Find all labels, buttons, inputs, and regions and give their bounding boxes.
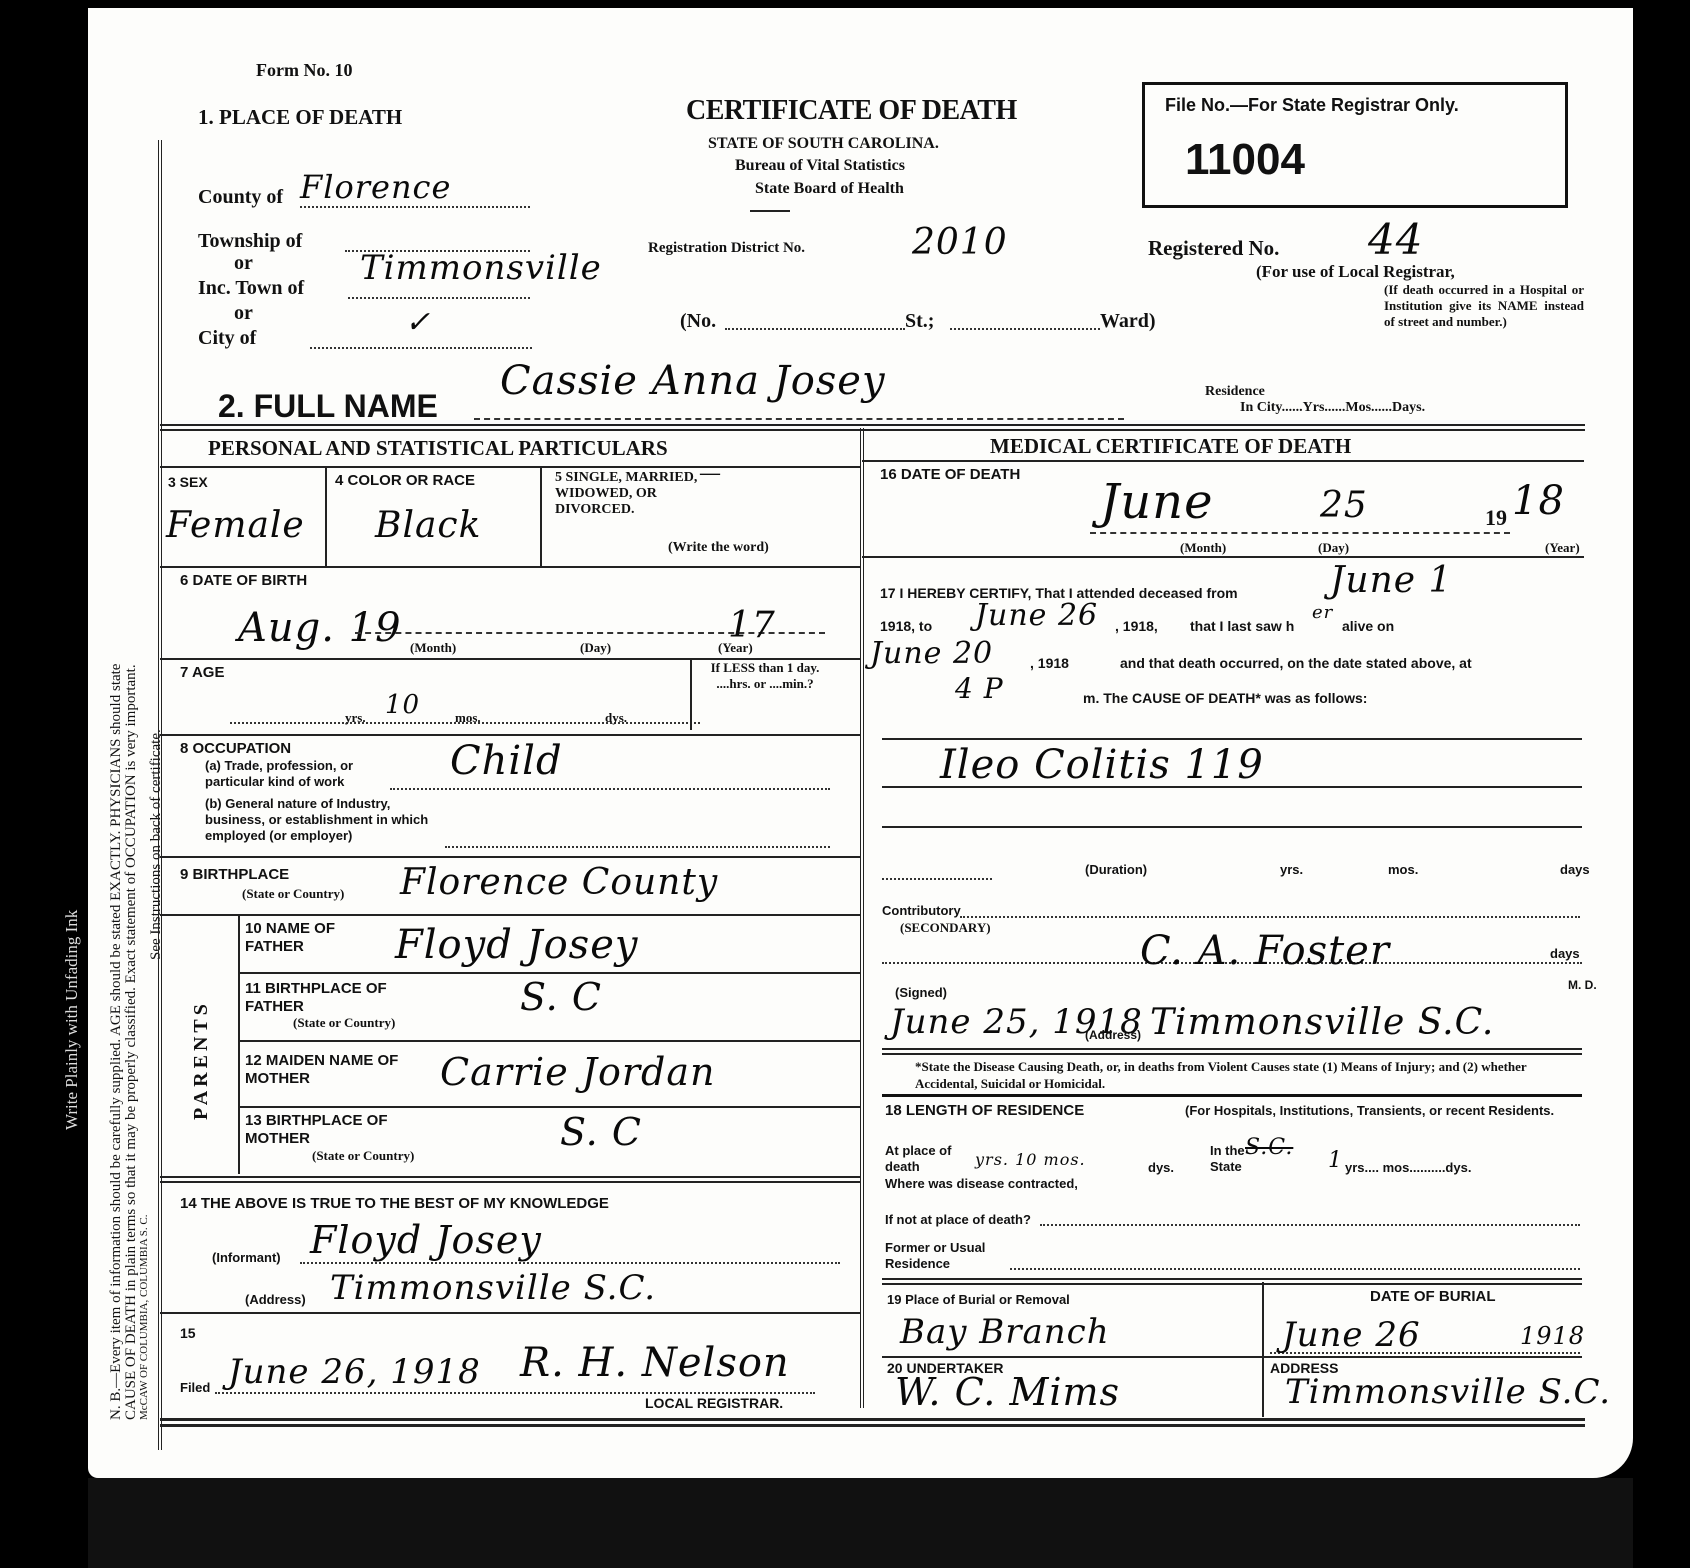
death-year-prefix: 19	[1485, 505, 1507, 531]
cause-of-death-label: m. The CAUSE OF DEATH* was as follows:	[1083, 690, 1367, 706]
in-state-years: 1	[1328, 1148, 1343, 1173]
last-saw-text: that I last saw h	[1190, 618, 1294, 634]
mother-birthplace-value: S. C	[560, 1110, 642, 1154]
inc-town-value: Timmonsville	[360, 248, 602, 288]
father-birthplace-label: 11 BIRTHPLACE OF FATHER	[245, 980, 405, 1016]
residence-length-label: 18 LENGTH OF RESIDENCE	[885, 1102, 1084, 1119]
informant-address-value: Timmonsville S.C.	[330, 1268, 656, 1308]
inc-town-label: Inc. Town of	[198, 277, 304, 300]
death-day: 25	[1320, 485, 1368, 526]
attended-to: June 26	[975, 598, 1098, 633]
death-month: June	[1100, 474, 1213, 530]
personal-section-title: PERSONAL AND STATISTICAL PARTICULARS	[208, 436, 668, 461]
ward-label: Ward)	[1100, 310, 1156, 333]
day-label: (Day)	[580, 640, 611, 656]
occupation-value: Child	[450, 738, 563, 784]
at-place-dys: dys.	[1148, 1160, 1174, 1175]
margin-printer: McCAW OF COLUMBIA, COLUMBIA S. C.	[138, 1215, 150, 1421]
file-number: 11004	[1185, 135, 1305, 185]
birthplace-sub: (State or Country)	[242, 886, 344, 902]
local-registrar-note: (For use of Local Registrar,	[1256, 262, 1455, 282]
contributory-label: Contributory	[882, 903, 961, 918]
informant-address-label: (Address)	[245, 1292, 306, 1307]
full-name-label: 2. FULL NAME	[218, 388, 438, 425]
dob-month-day: Aug. 19	[238, 605, 402, 651]
file-box-label: File No.—For State Registrar Only.	[1165, 95, 1459, 116]
last-alive-date: June 20	[870, 636, 993, 671]
age-dys-label: dys.	[605, 710, 627, 726]
duration-yrs: yrs.	[1280, 862, 1303, 877]
residence-label: Residence	[1205, 384, 1265, 400]
father-name-value: Floyd Josey	[395, 922, 638, 968]
attended-to-year: , 1918,	[1115, 618, 1158, 634]
secondary-label: (SECONDARY)	[900, 920, 991, 936]
burial-date-value: June 26	[1282, 1315, 1421, 1355]
at-place-label: At place of death	[885, 1143, 965, 1175]
form-number: Form No. 10	[256, 60, 352, 81]
informant-statement: 14 THE ABOVE IS TRUE TO THE BEST OF MY K…	[180, 1195, 609, 1212]
burial-year-value: 1918	[1520, 1322, 1585, 1350]
or-label: or	[234, 252, 253, 275]
in-state-value: S.C.	[1245, 1135, 1293, 1160]
duration-label: (Duration)	[1085, 862, 1147, 877]
city-value: ✓	[405, 305, 431, 340]
margin-note-line3: See Instructions on back of certificate.	[148, 729, 165, 960]
occupation-a-label: (a) Trade, profession, or particular kin…	[205, 758, 405, 790]
hospital-note: (If death occurred in a Hospital or Inst…	[1384, 282, 1584, 330]
birthplace-value: Florence County	[400, 862, 718, 903]
local-registrar-label: LOCAL REGISTRAR.	[645, 1395, 783, 1411]
age-label: 7 AGE	[180, 664, 224, 681]
parents-label: PARENTS	[190, 1000, 213, 1120]
attended-from: June 1	[1330, 560, 1452, 601]
last-alive-year: , 1918	[1030, 655, 1069, 671]
filed-date: June 26, 1918	[228, 1352, 481, 1392]
sex-label: 3 SEX	[168, 474, 208, 490]
street-label: St.;	[905, 310, 934, 333]
township-label: Township of	[198, 230, 302, 253]
race-value: Black	[375, 505, 481, 546]
informant-value: Floyd Josey	[310, 1218, 542, 1262]
age-months-value: 10	[385, 690, 420, 720]
place-of-death-label: 1. PLACE OF DEATH	[198, 105, 402, 130]
city-label: City of	[198, 327, 256, 350]
board-name: State Board of Health	[755, 180, 904, 198]
age-mos-label: mos.	[455, 710, 481, 726]
physician-address-label: (Address)	[1085, 1028, 1141, 1042]
father-birthplace-sub: (State or Country)	[293, 1015, 395, 1031]
time-of-death: 4 P	[955, 672, 1004, 705]
scan-background	[88, 1478, 1633, 1568]
footnote: *State the Disease Causing Death, or, in…	[915, 1058, 1575, 1092]
file-number-box: File No.—For State Registrar Only. 11004	[1142, 82, 1568, 208]
residence-in-city: In City......Yrs......Mos......Days.	[1240, 400, 1425, 416]
full-name-value: Cassie Anna Josey	[500, 358, 886, 404]
bureau-name: Bureau of Vital Statistics	[735, 157, 905, 175]
dob-label: 6 DATE OF BIRTH	[180, 572, 307, 589]
month-label: (Month)	[410, 640, 456, 656]
state-name: STATE OF SOUTH CAROLINA.	[708, 135, 939, 153]
registered-no-value: 44	[1368, 215, 1423, 264]
center-divider	[860, 428, 864, 1408]
death-day-label: (Day)	[1318, 540, 1349, 556]
burial-place-value: Bay Branch	[900, 1312, 1110, 1352]
father-birthplace-value: S. C	[520, 975, 602, 1019]
mother-birthplace-sub: (State or Country)	[312, 1148, 414, 1164]
residence-note: (For Hospitals, Institutions, Transients…	[1185, 1102, 1585, 1120]
occupation-label: 8 OCCUPATION	[180, 740, 291, 757]
margin-outer-text: Write Plainly with Unfading Ink	[62, 910, 82, 1130]
undertaker-address-value: Timmonsville S.C.	[1285, 1372, 1611, 1412]
not-at-place-label: If not at place of death?	[885, 1212, 1031, 1227]
race-label: 4 COLOR OR RACE	[335, 472, 475, 489]
date-of-death-label: 16 DATE OF DEATH	[880, 466, 1020, 483]
duration-mos: mos.	[1388, 862, 1418, 877]
death-year: 18	[1512, 478, 1565, 524]
duration-days: days	[1560, 862, 1590, 877]
mother-name-label: 12 MAIDEN NAME OF MOTHER	[245, 1052, 425, 1088]
burial-date-label: DATE OF BURIAL	[1370, 1288, 1496, 1305]
at-place-value: yrs. 10 mos.	[975, 1150, 1086, 1169]
occupation-b-label: (b) General nature of Industry, business…	[205, 796, 445, 844]
cause-of-death-value: Ileo Colitis 119	[940, 742, 1264, 788]
physician-signature: C. A. Foster	[1140, 928, 1390, 974]
marital-note: (Write the word)	[668, 540, 769, 556]
filed-label: Filed	[180, 1380, 210, 1395]
sex-value: Female	[166, 505, 305, 546]
age-yrs-label: yrs.	[345, 710, 366, 726]
father-name-label: 10 NAME OF FATHER	[245, 920, 395, 956]
physician-address: Timmonsville S.C.	[1150, 1002, 1494, 1043]
bottom-border	[160, 1418, 1585, 1427]
death-occurred-text: and that death occurred, on the date sta…	[1120, 655, 1472, 671]
contracted-label: Where was disease contracted,	[885, 1176, 1078, 1191]
certificate-title: CERTIFICATE OF DEATH	[686, 95, 1017, 127]
death-month-label: (Month)	[1180, 540, 1226, 556]
year-label: (Year)	[718, 640, 753, 656]
mother-name-value: Carrie Jordan	[440, 1050, 716, 1094]
mother-birthplace-label: 13 BIRTHPLACE OF MOTHER	[245, 1112, 405, 1148]
in-state-line: yrs.... mos..........dys.	[1345, 1160, 1471, 1175]
registration-district-value: 2010	[912, 222, 1008, 263]
birthplace-label: 9 BIRTHPLACE	[180, 866, 289, 883]
or-label-2: or	[234, 302, 253, 325]
secondary-duration-days: days	[1550, 946, 1580, 961]
alive-on-text: alive on	[1342, 618, 1394, 634]
last-saw-pronoun: er	[1312, 602, 1333, 623]
registered-no-label: Registered No.	[1148, 236, 1279, 261]
signed-label: (Signed)	[895, 985, 947, 1000]
if-less-label: If LESS than 1 day. ....hrs. or ....min.…	[700, 660, 830, 692]
attended-from-year: 1918, to	[880, 618, 932, 634]
md-label: M. D.	[1568, 978, 1597, 992]
county-value: Florence	[300, 168, 451, 206]
informant-label: (Informant)	[212, 1250, 281, 1265]
registration-district-label: Registration District No.	[648, 240, 805, 257]
marital-status-value: —	[700, 462, 720, 485]
medical-section-title: MEDICAL CERTIFICATE OF DEATH	[990, 434, 1351, 459]
burial-place-label: 19 Place of Burial or Removal	[887, 1292, 1070, 1307]
death-year-label: (Year)	[1545, 540, 1580, 556]
filing-number: 15	[180, 1325, 196, 1341]
left-border	[158, 140, 162, 1450]
registrar-signature: R. H. Nelson	[520, 1340, 790, 1386]
street-no-label: (No.	[680, 310, 716, 333]
undertaker-value: W. C. Mims	[895, 1370, 1120, 1414]
county-label: County of	[198, 186, 283, 209]
former-residence-label: Former or Usual Residence	[885, 1240, 1015, 1272]
